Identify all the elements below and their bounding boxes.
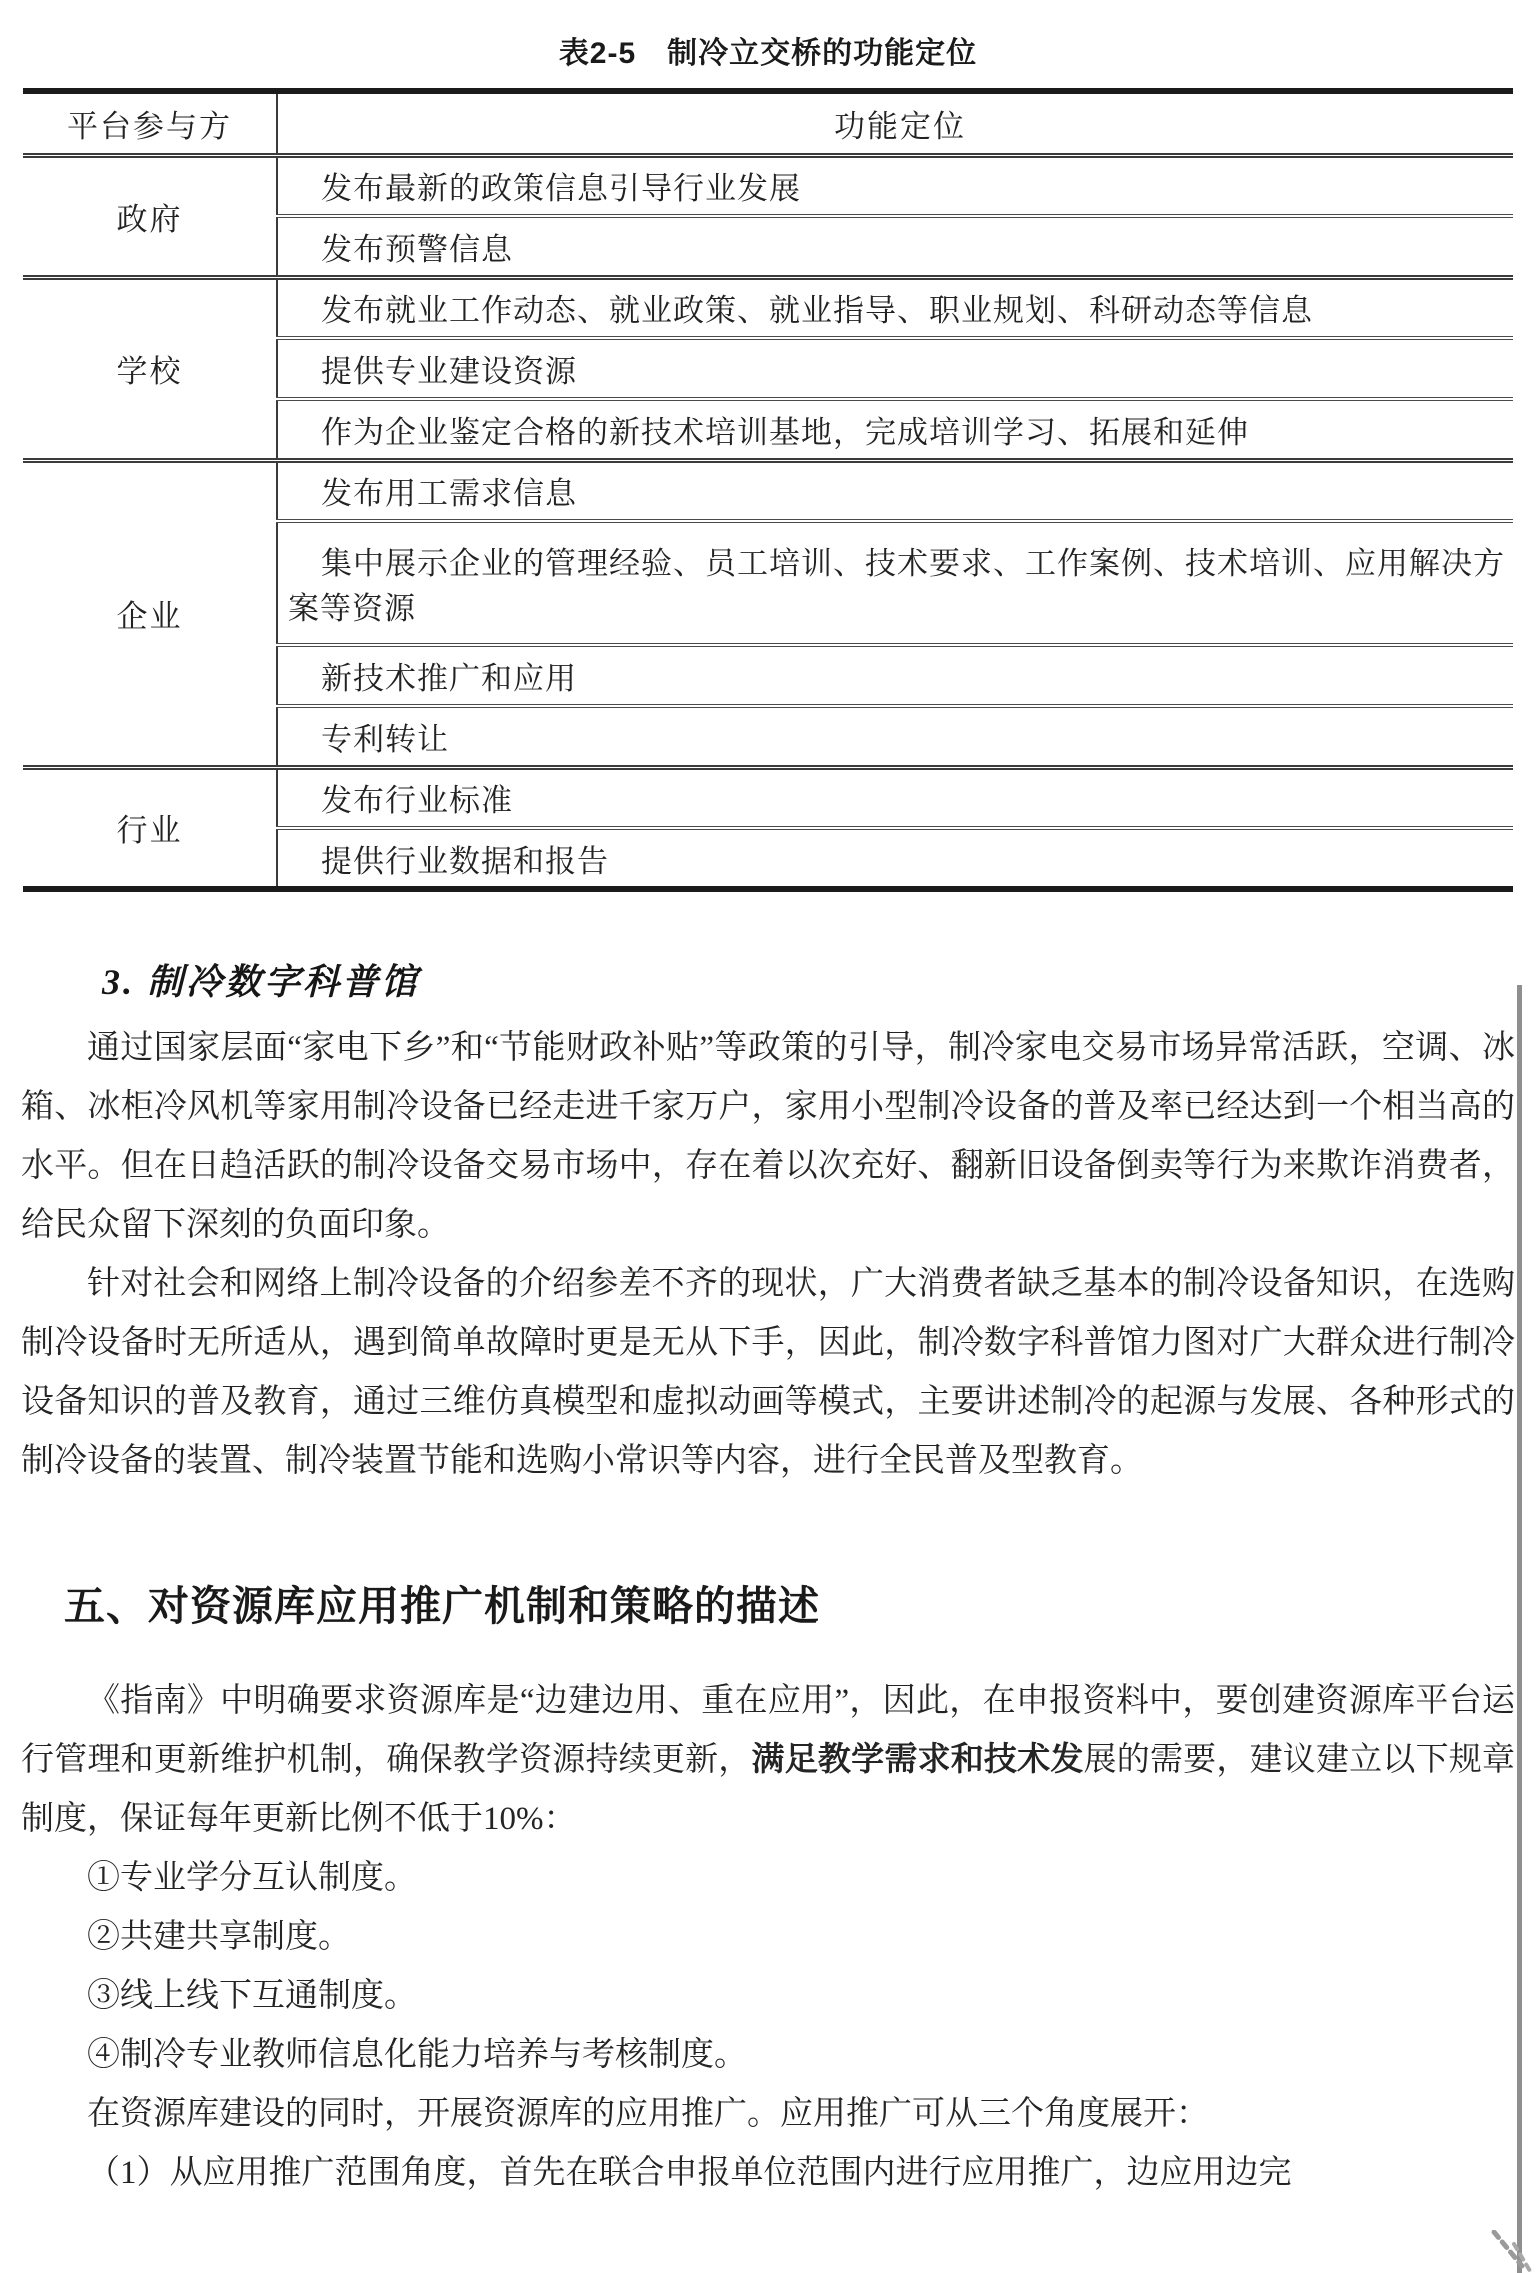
- list-item: ③线上线下互通制度。: [21, 1967, 1515, 2026]
- table-cell: 发布用工需求信息: [277, 460, 1513, 521]
- list-item: ②共建共享制度。: [21, 1908, 1515, 1967]
- document-page: 表2-5 制冷立交桥的功能定位 平台参与方 功能定位 政府 发布最新的政策信息引…: [0, 0, 1536, 2273]
- group-label-industry: 行业: [23, 767, 277, 889]
- paragraph: 《指南》中明确要求资源库是“边建边用、重在应用”，因此，在申报资料中，要创建资源…: [21, 1672, 1515, 1849]
- table-cell: 发布就业工作动态、就业政策、就业指导、职业规划、科研动态等信息: [277, 277, 1513, 338]
- table-row: 企业 发布用工需求信息: [23, 460, 1513, 521]
- table-cell: 作为企业鉴定合格的新技术培训基地，完成培训学习、拓展和延伸: [277, 399, 1513, 460]
- table-title: 表2-5 制冷立交桥的功能定位: [0, 28, 1536, 72]
- paragraph: 通过国家层面“家电下乡”和“节能财政补贴”等政策的引导，制冷家电交易市场异常活跃…: [21, 1019, 1515, 1255]
- table-header-function: 功能定位: [277, 91, 1513, 155]
- table-header-participant: 平台参与方: [23, 91, 277, 155]
- table-cell: 发布行业标准: [277, 767, 1513, 828]
- table-header-row: 平台参与方 功能定位: [23, 91, 1513, 155]
- group-label-school: 学校: [23, 277, 277, 460]
- table-cell: 专利转让: [277, 706, 1513, 767]
- paragraph: 针对社会和网络上制冷设备的介绍参差不齐的现状，广大消费者缺乏基本的制冷设备知识，…: [21, 1255, 1515, 1491]
- subsection-heading-digital-museum: 3. 制冷数字科普馆: [0, 954, 1536, 1005]
- paragraph-bold-text: 满足教学需求和技术发: [752, 1742, 1084, 1778]
- table-cell: 集中展示企业的管理经验、员工培训、技术要求、工作案例、技术培训、应用解决方案等资…: [277, 521, 1513, 645]
- list-item: ①专业学分互认制度。: [21, 1849, 1515, 1908]
- page-edge-scan-line: [1517, 985, 1522, 2273]
- body-text: 通过国家层面“家电下乡”和“节能财政补贴”等政策的引导，制冷家电交易市场异常活跃…: [21, 1019, 1515, 1491]
- table-cell: 提供行业数据和报告: [277, 828, 1513, 889]
- table-row: 行业 发布行业标准: [23, 767, 1513, 828]
- table-cell: 提供专业建设资源: [277, 338, 1513, 399]
- group-label-enterprise: 企业: [23, 460, 277, 767]
- list-item: ④制冷专业教师信息化能力培养与考核制度。: [21, 2026, 1515, 2085]
- table-cell: 发布最新的政策信息引导行业发展: [277, 155, 1513, 216]
- paragraph: 在资源库建设的同时，开展资源库的应用推广。应用推广可从三个角度展开：: [21, 2085, 1515, 2144]
- paragraph: （1）从应用推广范围角度，首先在联合申报单位范围内进行应用推广，边应用边完: [21, 2144, 1515, 2203]
- group-label-government: 政府: [23, 155, 277, 277]
- body-text: 《指南》中明确要求资源库是“边建边用、重在应用”，因此，在申报资料中，要创建资源…: [21, 1672, 1515, 2203]
- page-curl-mark: [1488, 2230, 1534, 2273]
- table-cell: 新技术推广和应用: [277, 645, 1513, 706]
- function-positioning-table: 平台参与方 功能定位 政府 发布最新的政策信息引导行业发展 发布预警信息 学校 …: [23, 88, 1513, 892]
- section-heading-promotion: 五、对资源库应用推广机制和策略的描述: [0, 1573, 1536, 1632]
- table-row: 学校 发布就业工作动态、就业政策、就业指导、职业规划、科研动态等信息: [23, 277, 1513, 338]
- table-cell: 发布预警信息: [277, 216, 1513, 277]
- table-row: 政府 发布最新的政策信息引导行业发展: [23, 155, 1513, 216]
